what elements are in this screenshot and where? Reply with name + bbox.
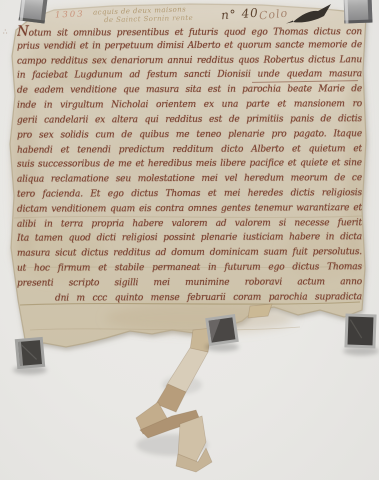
charter-line: Notum sit omnibus presentibus et futuris…: [17, 23, 362, 39]
charter-line: de eadem venditione que masura sita est …: [17, 82, 362, 98]
scanned-charter-photo: 1303 acquis de deux maisons de Sainct So…: [0, 0, 379, 480]
charter-line: ut hoc firmum et stabile permaneat in fu…: [17, 260, 362, 276]
charter-line: tero facienda. Et ego dictus Thomas et m…: [17, 186, 362, 202]
charter-line: prius vendidi et in perpetuum dimisi Alb…: [17, 38, 362, 54]
clip-top-right: [343, 0, 372, 23]
clip-top-left: [19, 0, 48, 23]
charter-line: suis successoribus de me et heredibus me…: [17, 157, 362, 173]
charter-line: dni m ccc quinto mense februarii coram p…: [55, 290, 362, 306]
charter-line: masura sicut dictus redditus ad domum do…: [17, 245, 362, 261]
charter-line: dictam venditionem quam eis contra omnes…: [17, 201, 362, 217]
charter-line: aliqua reclamatione seu molestatione mei…: [17, 171, 362, 187]
charter-body-text: Notum sit omnibus presentibus et futuris…: [17, 24, 362, 305]
charter-line: presenti scripto sigilli mei munimine ro…: [17, 275, 362, 291]
clip-bottom-right: [344, 313, 376, 348]
clip-bottom-left: [15, 337, 46, 369]
charter-line: inde in virgultum Nicholai orientem ex u…: [17, 97, 362, 113]
charter-line: pro sex solidis cum de quibus me teneo p…: [17, 127, 362, 143]
clip-bottom-center: [205, 314, 239, 346]
charter-line: gerii candelarii ex altera qui redditus …: [17, 112, 362, 128]
